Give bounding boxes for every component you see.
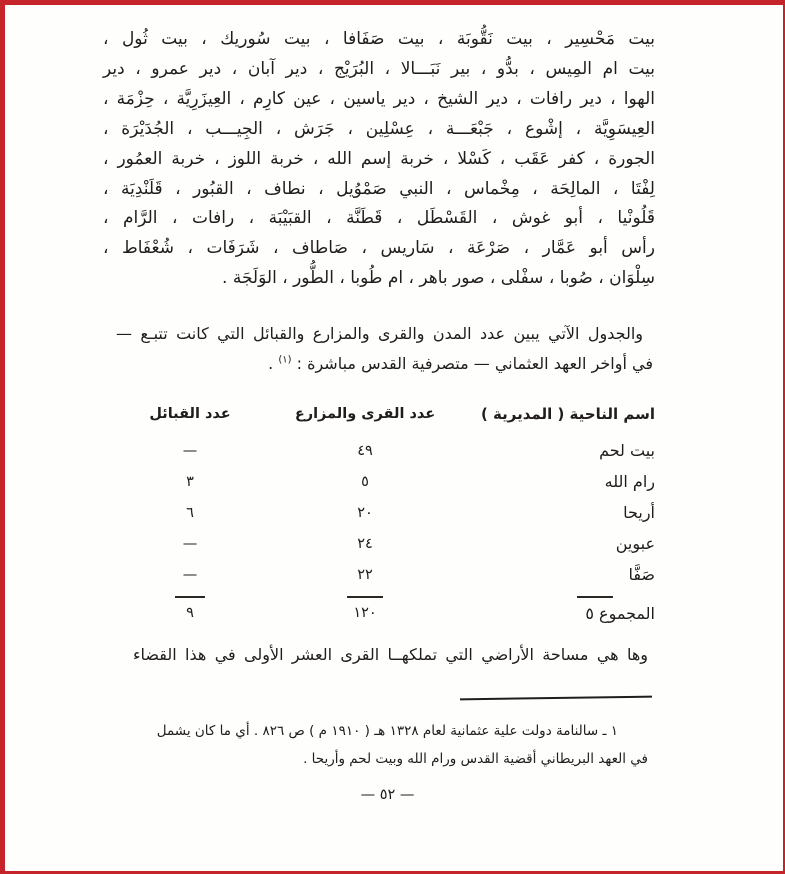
table-header-row: اسم الناحية ( المديرية ) عدد القرى والمز… <box>120 393 655 435</box>
villages-count: ٢٠ <box>260 505 470 521</box>
scanned-page: بيت مَحْسِير ، بيت نَقُّوبَة ، بيت صَفَا… <box>0 0 785 874</box>
villages-count: ٥ <box>260 474 470 490</box>
villages-count: ٤٩ <box>260 443 470 459</box>
footnote-separator-rule <box>460 696 652 701</box>
footnote-block: ١ ـ سالنامة دولت علية عثمانية لعام ١٣٢٨ … <box>105 717 648 773</box>
village-list-line: بيت ام المِيس ، بدُّو ، بير نَبَـــالا ،… <box>103 55 655 85</box>
intro-line-2: في أواخر العهد العثماني — متصرفية القدس … <box>116 349 653 379</box>
intro-line-1: والجدول الآتي يبين عدد المدن والقرى والم… <box>116 319 653 349</box>
table-row: بيت لحم ٤٩ — <box>120 435 655 466</box>
separator-line-district <box>577 596 613 598</box>
tribes-count: — <box>120 443 260 459</box>
closing-sentence: وها هي مساحة الأراضي التي تملكهــا القرى… <box>133 645 648 664</box>
village-list-line: لِفْتَا ، المالِحَة ، مِخْماس ، النبي صَ… <box>103 175 655 205</box>
district-name: بيت لحم <box>470 441 655 460</box>
village-list-line: سِلْوَان ، صُوبا ، سفْلى ، صور باهر ، ام… <box>103 264 655 294</box>
table-header-district: اسم الناحية ( المديرية ) <box>470 405 655 423</box>
district-name: رام الله <box>470 472 655 491</box>
intro-line-2-period: . <box>268 354 278 373</box>
footnote-line-1: ١ ـ سالنامة دولت علية عثمانية لعام ١٣٢٨ … <box>105 717 648 745</box>
village-list-paragraph: بيت مَحْسِير ، بيت نَقُّوبَة ، بيت صَفَا… <box>103 25 655 294</box>
footnote-reference-marker: (١) <box>278 355 291 366</box>
table-total-row: المجموع ٥ ١٢٠ ٩ <box>120 602 655 624</box>
tribes-count: — <box>120 536 260 552</box>
village-list-line: الهوا ، دير رافات ، دير الشيخ ، دير ياسي… <box>103 85 655 115</box>
footnote-line-2: في العهد البريطاني أقضية القدس ورام الله… <box>105 745 648 773</box>
district-name: أريحا <box>470 503 655 522</box>
table-header-villages: عدد القرى والمزارع <box>260 406 470 422</box>
separator-line-tribes <box>175 596 205 598</box>
tribes-count: ٦ <box>120 505 260 521</box>
village-list-line: بيت مَحْسِير ، بيت نَقُّوبَة ، بيت صَفَا… <box>103 25 655 55</box>
separator-line-villages <box>347 596 383 598</box>
table-row: صَفَّا ٢٢ — <box>120 559 655 590</box>
district-name: صَفَّا <box>470 565 655 584</box>
villages-count: ٢٢ <box>260 567 470 583</box>
intro-line-2-text: في أواخر العهد العثماني — متصرفية القدس … <box>297 354 653 373</box>
table-header-tribes: عدد القبائل <box>120 406 260 422</box>
table-row: عبوين ٢٤ — <box>120 528 655 559</box>
table-row: أريحا ٢٠ ٦ <box>120 497 655 528</box>
village-list-line: العِيسَوِيَّة ، إشْوع ، جَبْعَـــة ، عِس… <box>103 115 655 145</box>
district-name: عبوين <box>470 534 655 553</box>
tribes-count: ٣ <box>120 474 260 490</box>
total-villages-count: ١٢٠ <box>260 605 470 621</box>
page-number: — ٥٢ — <box>120 787 655 803</box>
districts-table: اسم الناحية ( المديرية ) عدد القرى والمز… <box>120 393 655 624</box>
villages-count: ٢٤ <box>260 536 470 552</box>
village-list-line: قَلُونْيا ، أبو غوش ، القَسْطَل ، قَطَنَ… <box>103 204 655 234</box>
village-list-line: الجورة ، كفر عَقَب ، كَسْلا ، خربة إسم ا… <box>103 145 655 175</box>
table-total-separator <box>120 590 655 602</box>
intro-paragraph: والجدول الآتي يبين عدد المدن والقرى والم… <box>116 319 653 379</box>
village-list-line: رأس أبو عَمَّار ، صَرْعَة ، سَاريس ، صَا… <box>103 234 655 264</box>
total-tribes-count: ٩ <box>120 605 260 621</box>
table-row: رام الله ٥ ٣ <box>120 466 655 497</box>
tribes-count: — <box>120 567 260 583</box>
total-label: المجموع ٥ <box>470 604 655 623</box>
